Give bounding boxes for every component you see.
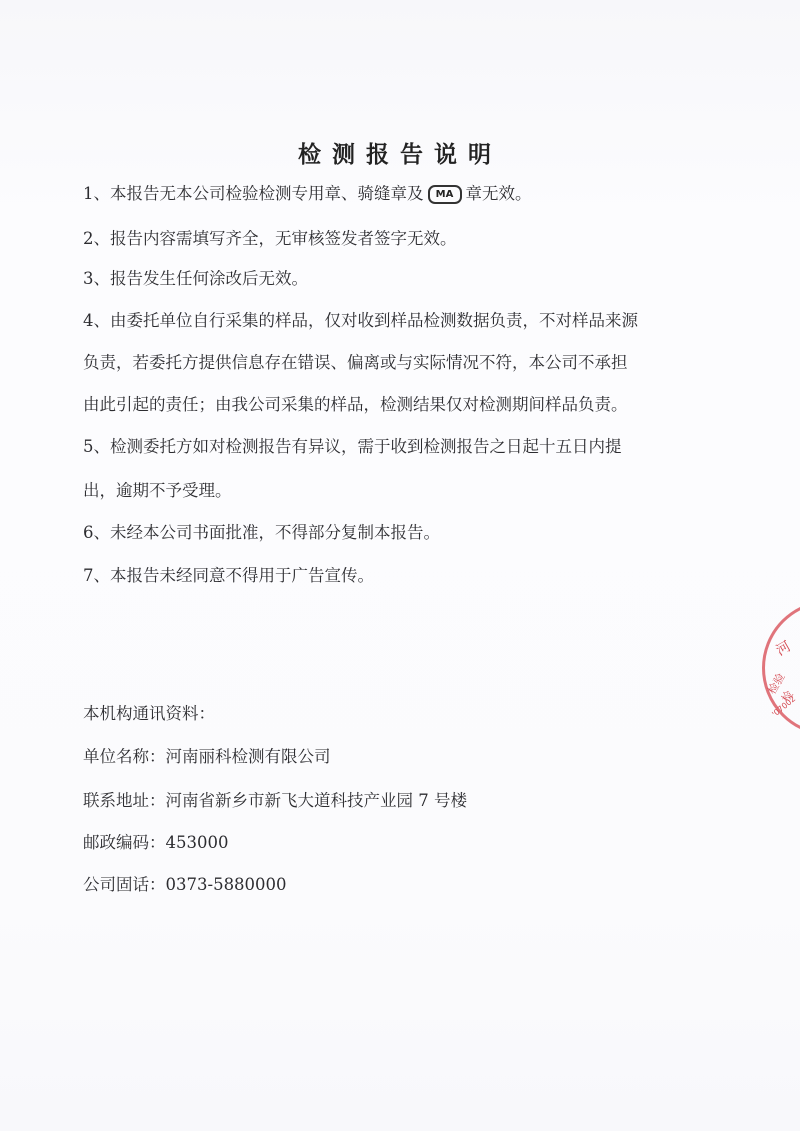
clause-4-line-3: 由此引起的责任；由我公司采集的样品，检测结果仅对检测期间样品负责。 xyxy=(83,395,628,415)
clause-1-tail: 章无效。 xyxy=(466,184,532,203)
clause-5-line-1: 5、检测委托方如对检测报告有异议，需于收到检测报告之日起十五日内提 xyxy=(83,437,622,457)
clause-4-line-2: 负责，若委托方提供信息存在错误、偏离或与实际情况不符，本公司不承担 xyxy=(83,353,628,373)
contact-phone-label: 公司固话： xyxy=(83,875,166,894)
contact-phone-value: 0373-5880000 xyxy=(166,875,287,894)
contact-address-label: 联系地址： xyxy=(83,791,166,810)
clause-7: 7、本报告未经同意不得用于广告宣传。 xyxy=(83,566,374,586)
contact-address-row: 联系地址：河南省新乡市新飞大道科技产业园 7 号楼 xyxy=(83,791,467,811)
clause-1: 1、本报告无本公司检验检测专用章、骑缝章及MA章无效。 xyxy=(83,184,532,204)
clause-4-line-1: 4、由委托单位自行采集的样品，仅对收到样品检测数据负责，不对样品来源 xyxy=(83,311,638,331)
contact-phone-row: 公司固话：0373-5880000 xyxy=(83,875,287,895)
contact-postcode-row: 邮政编码：453000 xyxy=(83,833,229,853)
clause-1-text: 1、本报告无本公司检验检测专用章、骑缝章及 xyxy=(83,184,424,203)
document-title: 检测报告说明 xyxy=(0,136,800,169)
document-page: 检测报告说明 1、本报告无本公司检验检测专用章、骑缝章及MA章无效。 2、报告内… xyxy=(0,0,800,1131)
contact-postcode-label: 邮政编码： xyxy=(83,833,166,852)
contact-name-value: 河南丽科检测有限公司 xyxy=(166,747,331,766)
clause-2: 2、报告内容需填写齐全，无审核签发者签字无效。 xyxy=(83,229,457,249)
contact-name-row: 单位名称：河南丽科检测有限公司 xyxy=(83,747,331,767)
contact-postcode-value: 453000 xyxy=(166,833,229,852)
contact-name-label: 单位名称： xyxy=(83,747,166,766)
clause-6: 6、未经本公司书面批准，不得部分复制本报告。 xyxy=(83,523,440,543)
contact-address-value: 河南省新乡市新飞大道科技产业园 7 号楼 xyxy=(166,791,468,810)
contact-heading: 本机构通讯资料： xyxy=(83,704,215,724)
clause-5-line-2: 出，逾期不予受理。 xyxy=(83,481,232,501)
cma-mark-icon: MA xyxy=(428,185,462,204)
clause-3: 3、报告发生任何涂改后无效。 xyxy=(83,269,308,289)
